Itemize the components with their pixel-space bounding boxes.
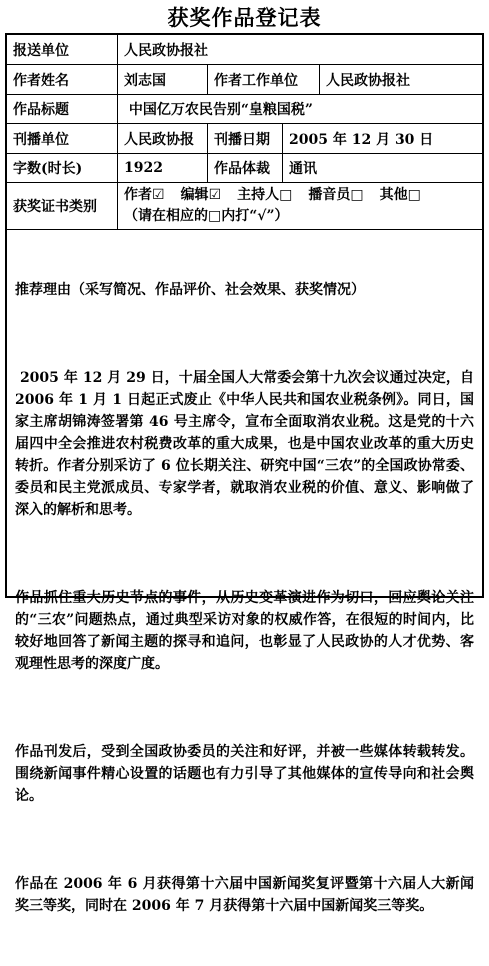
checkbox-empty-icon: □: [408, 187, 421, 203]
table-row-submit-unit: 报送单位 人民政协报社: [7, 35, 482, 65]
checkbox-checked-icon: ☑: [209, 187, 222, 203]
table-row-publish: 刊播单位 人民政协报 刊播日期 2005 年 12 月 30 日: [7, 124, 482, 154]
certificate-option-checked: 作者☑: [124, 187, 165, 203]
work-title-label: 作品标题: [7, 95, 118, 123]
recommendation-paragraph: 作品刊发后，受到全国政协委员的关注和好评，并被一些媒体转载转发。围绕新闻事件精心…: [15, 741, 474, 807]
work-title-value: 中国亿万农民告别“皇粮国税”: [118, 95, 482, 123]
recommendation-header: 推荐理由（采写简况、作品评价、社会效果、获奖情况）: [15, 279, 474, 301]
genre-label: 作品体裁: [208, 154, 283, 182]
author-unit-value: 人民政协报社: [320, 65, 482, 94]
certificate-option-checked: 编辑☑: [181, 187, 222, 203]
certificate-note: （请在相应的□内打“√”）: [124, 206, 289, 227]
recommendation-paragraph: 2005 年 12 月 29 日，十届全国人大常委会第十九次会议通过决定，自 2…: [15, 367, 474, 521]
author-name-value: 刘志国: [118, 65, 208, 94]
table-row-work-title: 作品标题 中国亿万农民告别“皇粮国税”: [7, 95, 482, 124]
certificate-option-unchecked: 播音员□: [308, 187, 363, 203]
certificate-option-unchecked: 其他□: [380, 187, 421, 203]
registration-form-table: 报送单位 人民政协报社 作者姓名 刘志国 作者工作单位 人民政协报社 作品标题 …: [5, 33, 484, 598]
recommendation-paragraph: 作品抓住重大历史节点的事件，从历史变革演进作为切口，回应舆论关注的“三农”问题热…: [15, 587, 474, 675]
submit-unit-label: 报送单位: [7, 35, 118, 64]
publish-date-label: 刊播日期: [208, 124, 283, 153]
genre-value: 通讯: [283, 154, 482, 182]
table-row-certificate: 获奖证书类别 作者☑编辑☑主持人□播音员□其他□ （请在相应的□内打“√”）: [7, 183, 482, 230]
table-row-author: 作者姓名 刘志国 作者工作单位 人民政协报社: [7, 65, 482, 95]
checkbox-empty-icon: □: [350, 187, 363, 203]
publish-date-value: 2005 年 12 月 30 日: [283, 124, 482, 153]
word-count-label: 字数(时长): [7, 154, 118, 182]
certificate-label: 获奖证书类别: [7, 183, 118, 229]
document-page: 获奖作品登记表 报送单位 人民政协报社 作者姓名 刘志国 作者工作单位 人民政协…: [0, 0, 489, 606]
author-name-label: 作者姓名: [7, 65, 118, 94]
author-unit-label: 作者工作单位: [208, 65, 320, 94]
certificate-value: 作者☑编辑☑主持人□播音员□其他□ （请在相应的□内打“√”）: [118, 183, 482, 229]
recommendation-cell: 推荐理由（采写简况、作品评价、社会效果、获奖情况） 2005 年 12 月 29…: [7, 230, 482, 966]
word-count-value: 1922: [118, 154, 208, 182]
submit-unit-value: 人民政协报社: [118, 35, 482, 64]
table-row-wordcount-genre: 字数(时长) 1922 作品体裁 通讯: [7, 154, 482, 183]
publish-unit-value: 人民政协报: [118, 124, 208, 153]
checkbox-empty-icon: □: [279, 187, 292, 203]
publish-unit-label: 刊播单位: [7, 124, 118, 153]
table-row-recommendation: 推荐理由（采写简况、作品评价、社会效果、获奖情况） 2005 年 12 月 29…: [7, 230, 482, 966]
certificate-option-unchecked: 主持人□: [237, 187, 292, 203]
checkbox-checked-icon: ☑: [152, 187, 165, 203]
certificate-options: 作者☑编辑☑主持人□播音员□其他□: [124, 185, 437, 206]
page-title: 获奖作品登记表: [0, 0, 489, 33]
recommendation-paragraph: 作品在 2006 年 6 月获得第十六届中国新闻奖复评暨第十六届人大新闻奖三等奖…: [15, 873, 474, 917]
